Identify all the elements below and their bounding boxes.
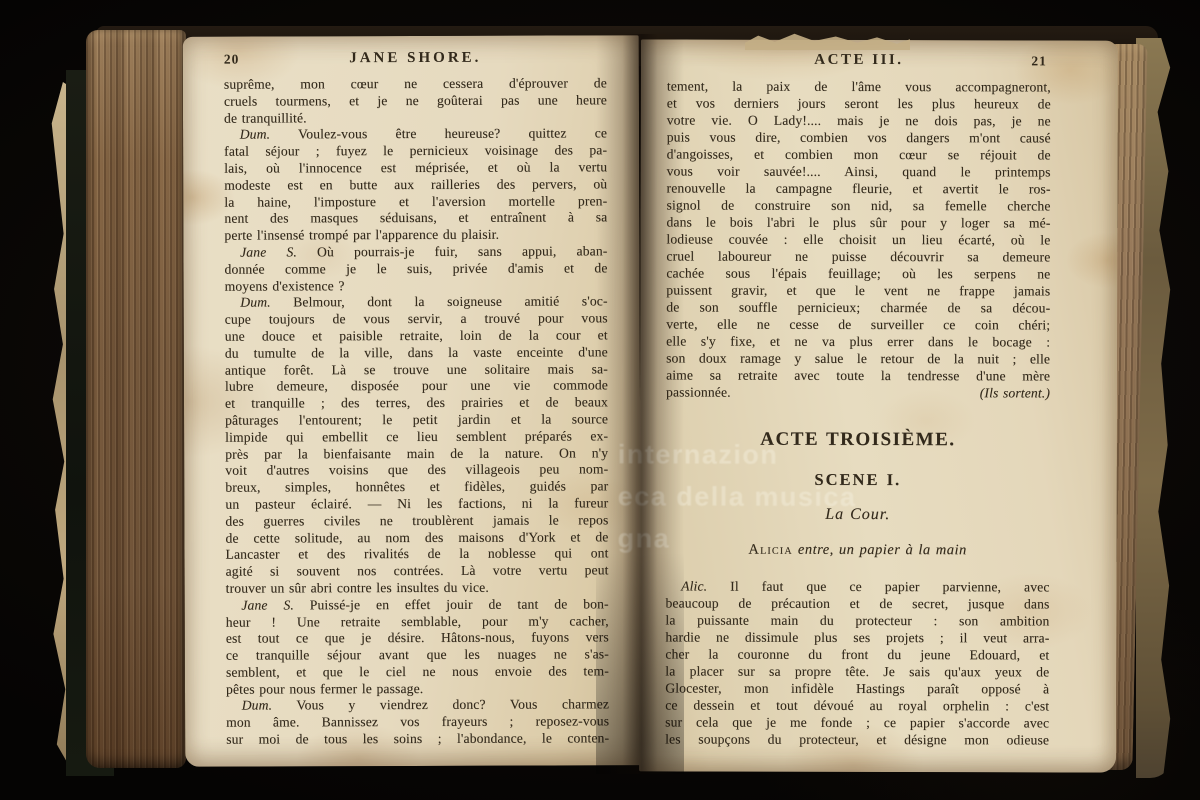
text-line: cupe toujours de vous servir, a trouvé p… [225, 310, 608, 328]
text-line: sur cela que je me fonde ; ce papier s'a… [665, 713, 1049, 731]
text-line: les soupçons du protecteur, et désigne m… [665, 730, 1049, 748]
text-line: cachée sous l'épais feuillage; où les se… [666, 264, 1050, 282]
text-line: hardie ne dissimule plus ses projets ; i… [665, 628, 1049, 646]
left-page-header: 20 JANE SHORE. [224, 49, 607, 67]
running-title-right: ACTE III. [667, 51, 1051, 69]
text-line: passionnée.(Ils sortent.) [666, 383, 1050, 401]
text-line: du tumulte de la ville, dans la vaste en… [225, 344, 608, 362]
text-line: ACTE TROISIÈME. [666, 426, 1050, 453]
right-page-text: tement, la paix de l'âme vous accompagne… [665, 77, 1051, 748]
text-line: Glocester, mon infidèle Hastings paraît … [665, 679, 1049, 697]
text-line: semblent, et que le ciel ne nous envoie … [226, 663, 609, 681]
text-line: cher la couronne du front du jeune Edoua… [665, 645, 1049, 663]
text-line: est tout ce que je désire. Hâtons-nous, … [226, 630, 609, 648]
right-page: internazion eca della musica gna ACTE II… [639, 39, 1118, 772]
text-line: de cette solitude, au nom des maisons d'… [225, 529, 608, 547]
text-line: pêtes pour nous fermer le passage. [226, 680, 609, 698]
text-line: pâturages l'entourent; le petit jardin e… [225, 411, 608, 429]
text-line: d'angoisses, et combien mon cœur se réjo… [667, 145, 1051, 163]
text-line: renouvelle la campagne fleurie, et avert… [667, 179, 1051, 197]
text-line: fatal séjour ; fuyez le pernicieux voisi… [224, 143, 607, 161]
text-line: puissent gravir, et que le vent ne frapp… [666, 281, 1050, 299]
text-line: SCENE I. [666, 468, 1050, 491]
text-line: suprême, mon cœur ne cessera d'éprouver … [224, 75, 607, 93]
text-line: voit d'autres voisins que des villageois… [225, 462, 608, 480]
text-line: heur ! Une retraite semblable, pour m'y … [226, 613, 609, 631]
text-line: la puissante main du protecteur : son am… [665, 611, 1049, 629]
text-line: puis vous dire, combien vos dangers m'on… [667, 128, 1051, 146]
text-line: Jane S. Où pourrais-je fuir, sans appui,… [224, 243, 607, 261]
text-line: et vos derniers jours seront les plus he… [667, 94, 1051, 112]
text-line: dans le bois l'abri le plus sûr pour y l… [666, 213, 1050, 231]
text-line: agité si souvent nos contrées. Là votre … [226, 562, 609, 580]
text-line: ce tranquille séjour avant que les nuage… [226, 646, 609, 664]
text-line: de son souffle pernicieux; charmée de sa… [666, 298, 1050, 316]
text-line: aime sa retraite avec toute la tendresse… [666, 366, 1050, 384]
text-line: perte l'insensé trompé par l'apparence d… [224, 226, 607, 244]
photo-background: 20 JANE SHORE. suprême, mon cœur ne cess… [0, 0, 1200, 800]
text-line: lubre demeure, disposée pour une vie com… [225, 378, 608, 396]
page-number-left: 20 [224, 52, 240, 68]
left-page-text: suprême, mon cœur ne cessera d'éprouver … [224, 75, 609, 748]
text-line: cruel laboureur ne puisse découvrir sa d… [666, 247, 1050, 265]
left-page: 20 JANE SHORE. suprême, mon cœur ne cess… [183, 35, 642, 767]
text-line: Alic. Il faut que ce papier parvienne, a… [666, 577, 1050, 595]
text-line: beaucoup de précaution et de secret, jus… [665, 594, 1049, 612]
text-line: Dum. Belmour, dont la soigneuse amitié s… [225, 294, 608, 312]
text-line: tement, la paix de l'âme vous accompagne… [667, 77, 1051, 95]
text-line: lodieuse couvée : elle choisit un lieu é… [666, 230, 1050, 248]
text-line: et tranquille ; des terres, des prairies… [225, 394, 608, 412]
text-line: son doux ramage y salue le retour de la … [666, 349, 1050, 367]
text-line: sur moi de tous les soins ; l'abondance,… [226, 730, 609, 748]
text-line: verte, elle ne cesse de surveiller ce co… [666, 315, 1050, 333]
text-line: elle s'y fixe, et ne va plus errer dans … [666, 332, 1050, 350]
text-line: antique forêt. Là se trouve une solitair… [225, 361, 608, 379]
text-line: cruels tourmens, et je ne goûterai pas u… [224, 92, 607, 110]
text-line: moyens d'existence ? [225, 277, 608, 295]
text-line: votre vie. O Lady!.... mais je ne dois p… [667, 111, 1051, 129]
text-line: la haine, l'imposture et l'aversion mort… [224, 193, 607, 211]
text-line: Jane S. Puissé-je en effet jouir de tant… [226, 596, 609, 614]
text-line: modeste est en butte aux railleries des … [224, 176, 607, 194]
text-line: une douce et paisible retraite, loin de … [225, 327, 608, 345]
running-title-left: JANE SHORE. [224, 49, 607, 67]
text-line: Alicia entre, un papier à la main [666, 539, 1050, 561]
text-line: la placer sur sa propre tête. Je sais qu… [665, 662, 1049, 680]
text-line: de tranquillité. [224, 109, 607, 127]
text-line: Lancaster et des rivalités de la nobless… [226, 546, 609, 564]
text-line: un pasteur éclairé. — Ni les factions, n… [225, 495, 608, 513]
text-line: breux, simples, honnêtes et fidèles, gui… [225, 478, 608, 496]
text-line: signol de construire son nid, sa femelle… [667, 196, 1051, 214]
text-line: Dum. Vous y viendrez donc? Vous charmez [226, 697, 609, 715]
book: 20 JANE SHORE. suprême, mon cœur ne cess… [36, 26, 1172, 778]
right-page-header: ACTE III. 21 [667, 51, 1051, 69]
text-line: ce dessein et tout dévoué au royal orphe… [665, 696, 1049, 714]
text-line: trouver un sûr abri contre les insultes … [226, 579, 609, 597]
text-line: Dum. Voulez-vous être heureuse? quittez … [224, 126, 607, 144]
text-line: des guerres civiles ne troublèrent jamai… [225, 512, 608, 530]
text-line: donnée comme je le suis, privée d'amis e… [225, 260, 608, 278]
text-line: mon âme. Bannissez vos frayeurs ; repose… [226, 714, 609, 732]
page-number-right: 21 [1031, 53, 1047, 69]
page-edge-stack-left [86, 30, 186, 768]
text-line: nent des masques séduisans, et entraînen… [224, 210, 607, 228]
text-line: vous voir sauvée!.... Ainsi, quand le pr… [667, 162, 1051, 180]
text-line: La Cour. [666, 503, 1050, 525]
text-line: limpide qui embellit ce lieu semblent pr… [225, 428, 608, 446]
text-line: lais, où l'innocence est méprisée, et où… [224, 159, 607, 177]
text-line: près par la bienfaisante main de la natu… [225, 445, 608, 463]
